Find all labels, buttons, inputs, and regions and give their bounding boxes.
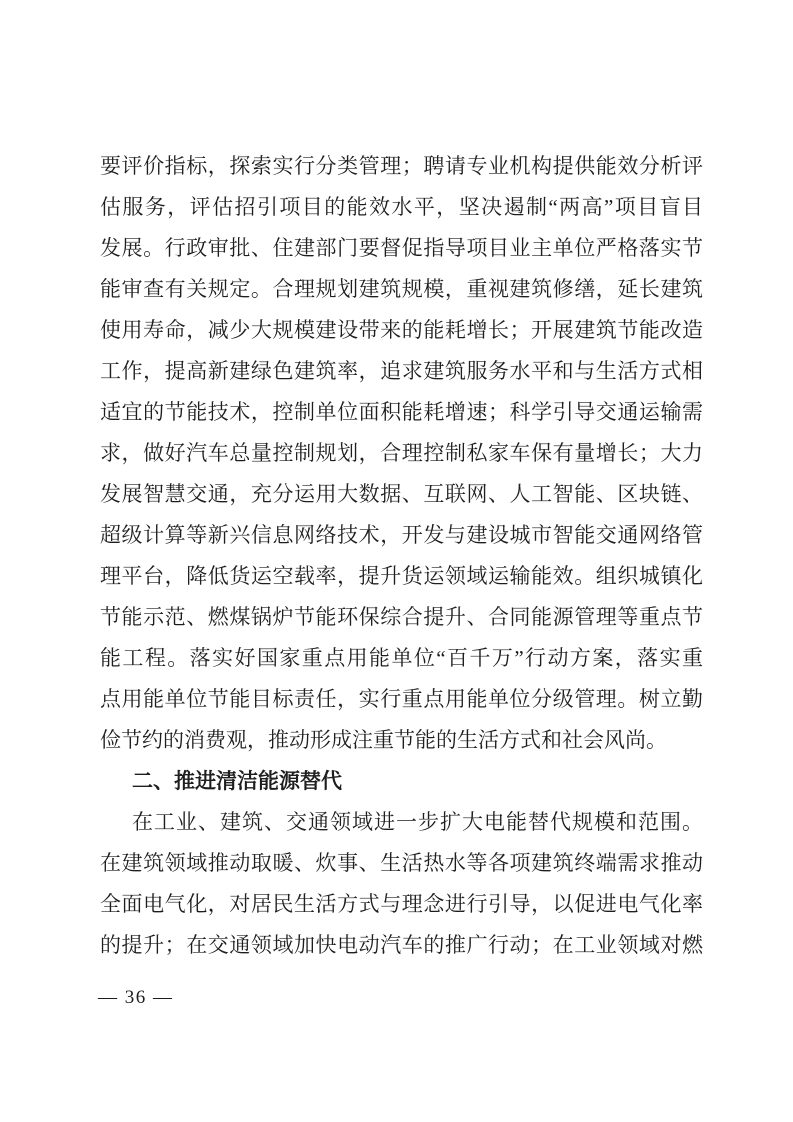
document-page: 要评价指标，探索实行分类管理；聘请专业机构提供能效分析评 估服务，评估招引项目的… xyxy=(0,0,793,1122)
text-line: 理平台，降低货运空载率，提升货运领域运输能效。组织城镇化 xyxy=(100,556,703,597)
page-number: — 36 — xyxy=(98,983,174,1013)
text-line: 要评价指标，探索实行分类管理；聘请专业机构提供能效分析评 xyxy=(100,146,703,187)
text-line: 求，做好汽车总量控制规划，合理控制私家车保有量增长；大力 xyxy=(100,433,703,474)
text-line: 估服务，评估招引项目的能效水平，坚决遏制“两高”项目盲目 xyxy=(100,187,703,228)
text-line: 使用寿命，减少大规模建设带来的能耗增长；开展建筑节能改造 xyxy=(100,310,703,351)
document-text-block: 要评价指标，探索实行分类管理；聘请专业机构提供能效分析评 估服务，评估招引项目的… xyxy=(100,146,703,966)
text-line: 节能示范、燃煤锅炉节能环保综合提升、合同能源管理等重点节 xyxy=(100,597,703,638)
text-line: 适宜的节能技术，控制单位面积能耗增速；科学引导交通运输需 xyxy=(100,392,703,433)
text-line: 全面电气化，对居民生活方式与理念进行引导，以促进电气化率 xyxy=(100,884,703,925)
text-line: 俭节约的消费观，推动形成注重节能的生活方式和社会风尚。 xyxy=(100,720,703,761)
text-line: 在建筑领域推动取暖、炊事、生活热水等各项建筑终端需求推动 xyxy=(100,843,703,884)
text-line: 能审查有关规定。合理规划建筑规模，重视建筑修缮，延长建筑 xyxy=(100,269,703,310)
section-heading: 二、推进清洁能源替代 xyxy=(100,761,703,802)
text-line: 工作，提高新建绿色建筑率，追求建筑服务水平和与生活方式相 xyxy=(100,351,703,392)
text-line: 在工业、建筑、交通领域进一步扩大电能替代规模和范围。 xyxy=(100,802,703,843)
text-line: 能工程。落实好国家重点用能单位“百千万”行动方案，落实重 xyxy=(100,638,703,679)
text-line: 点用能单位节能目标责任，实行重点用能单位分级管理。树立勤 xyxy=(100,679,703,720)
text-line: 发展。行政审批、住建部门要督促指导项目业主单位严格落实节 xyxy=(100,228,703,269)
text-line: 的提升；在交通领域加快电动汽车的推广行动；在工业领域对燃 xyxy=(100,925,703,966)
text-line: 发展智慧交通，充分运用大数据、互联网、人工智能、区块链、 xyxy=(100,474,703,515)
text-line: 超级计算等新兴信息网络技术，开发与建设城市智能交通网络管 xyxy=(100,515,703,556)
